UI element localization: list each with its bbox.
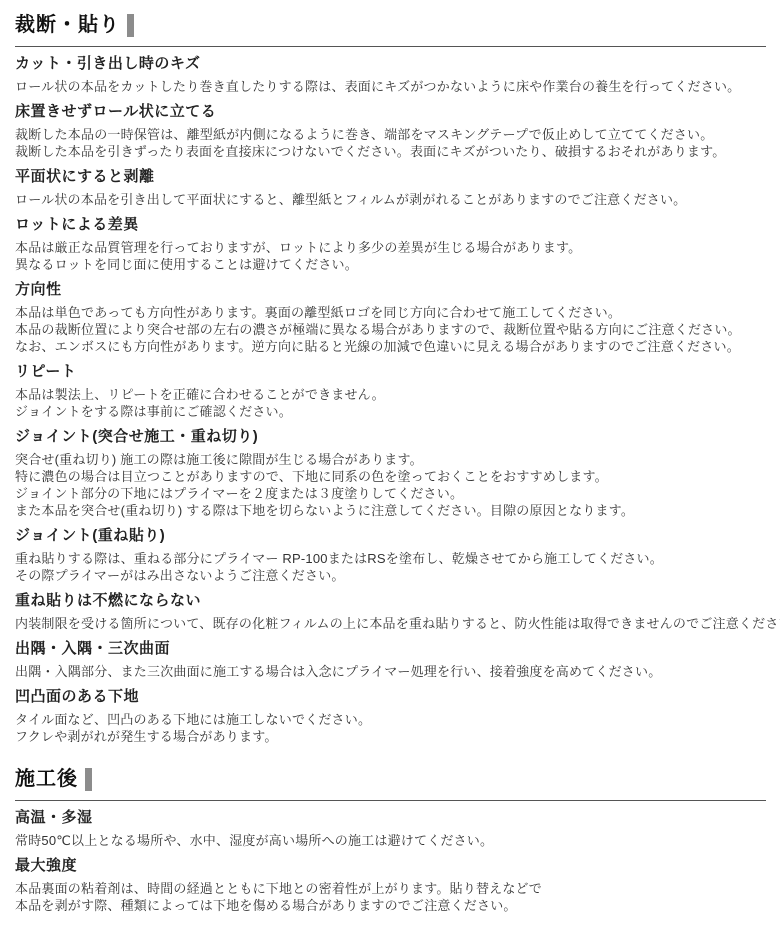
topic-paragraph-line: 異なるロットを同じ面に使用することは避けてください。 — [15, 256, 766, 273]
topic-paragraph-line: その際プライマーがはみ出さないようご注意ください。 — [15, 567, 766, 584]
topic-paragraph-line: 重ね貼りする際は、重ねる部分にプライマー RP-100またはRSを塗布し、乾燥さ… — [15, 550, 766, 567]
topic-paragraph-line: 常時50℃以上となる場所や、水中、湿度が高い場所への施工は避けてください。 — [15, 832, 766, 849]
topic-heading: 凹凸面のある下地 — [15, 689, 766, 705]
topic-paragraph-line: 内装制限を受ける箇所について、既存の化粧フィルムの上に本品を重ね貼りすると、防火… — [15, 615, 766, 632]
section-title-row-after-construction: 施工後 — [15, 767, 766, 801]
topic-paragraph-line: ジョイントをする際は事前にご確認ください。 — [15, 403, 766, 420]
instruction-document: 裁断・貼りカット・引き出し時のキズロール状の本品をカットしたり巻き直したりする際… — [0, 0, 780, 924]
topic: 高温・多湿常時50℃以上となる場所や、水中、湿度が高い場所への施工は避けてくださ… — [15, 810, 766, 849]
topic: 出隅・入隅・三次曲面出隅・入隅部分、また三次曲面に施工する場合は入念にプライマー… — [15, 641, 766, 680]
topic-heading: ロットによる差異 — [15, 217, 766, 233]
topic-paragraph-line: フクレや剥がれが発生する場合があります。 — [15, 728, 766, 745]
topic-paragraph-line: 裁断した本品の一時保管は、離型紙が内側になるように巻き、端部をマスキングテープで… — [15, 126, 766, 143]
topic-paragraph-line: 本品の裁断位置により突合せ部の左右の濃さが極端に異なる場合がありますので、裁断位… — [15, 321, 766, 338]
topic-paragraph-line: 本品裏面の粘着剤は、時間の経過とともに下地との密着性が上がります。貼り替えなどで — [15, 880, 766, 897]
topic: ロットによる差異本品は厳正な品質管理を行っておりますが、ロットにより多少の差異が… — [15, 217, 766, 273]
topic-paragraph-line: 出隅・入隅部分、また三次曲面に施工する場合は入念にプライマー処理を行い、接着強度… — [15, 663, 766, 680]
section-title-bar-icon — [127, 14, 134, 37]
topic-heading: カット・引き出し時のキズ — [15, 56, 766, 72]
topic: 最大強度本品裏面の粘着剤は、時間の経過とともに下地との密着性が上がります。貼り替… — [15, 858, 766, 914]
topic-paragraph-line: 特に濃色の場合は目立つことがありますので、下地に同系の色を塗っておくことをおすす… — [15, 468, 766, 485]
topic-paragraph-line: なお、エンボスにも方向性があります。逆方向に貼ると光線の加減で色違いに見える場合… — [15, 338, 766, 355]
topic-heading: リピート — [15, 364, 766, 380]
topic-heading: 重ね貼りは不燃にならない — [15, 593, 766, 609]
topic-heading: 出隅・入隅・三次曲面 — [15, 641, 766, 657]
topic-heading: 高温・多湿 — [15, 810, 766, 826]
topic-heading: ジョイント(重ね貼り) — [15, 528, 766, 544]
section-title-row-cutting-pasting: 裁断・貼り — [15, 13, 766, 47]
topic-heading: 方向性 — [15, 282, 766, 298]
topic-heading: 床置きせずロール状に立てる — [15, 104, 766, 120]
topic: ジョイント(突合せ施工・重ね切り)突合せ(重ね切り) 施工の際は施工後に隙間が生… — [15, 429, 766, 519]
topic-heading: ジョイント(突合せ施工・重ね切り) — [15, 429, 766, 445]
topic-paragraph-line: 本品は製法上、リピートを正確に合わせることができません。 — [15, 386, 766, 403]
topic-paragraph-line: ロール状の本品をカットしたり巻き直したりする際は、表面にキズがつかないように床や… — [15, 78, 766, 95]
topic-heading: 平面状にすると剥離 — [15, 169, 766, 185]
topic-paragraph-line: 裁断した本品を引きずったり表面を直接床につけないでください。表面にキズがついたり… — [15, 143, 766, 160]
topic: 平面状にすると剥離ロール状の本品を引き出して平面状にすると、離型紙とフィルムが剥… — [15, 169, 766, 208]
section-title-after-construction: 施工後 — [15, 767, 78, 791]
topic-paragraph-line: 本品を剥がす際、種類によっては下地を傷める場合がありますのでご注意ください。 — [15, 897, 766, 914]
topic: 凹凸面のある下地タイル面など、凹凸のある下地には施工しないでください。フクレや剥… — [15, 689, 766, 745]
section-after-construction: 施工後高温・多湿常時50℃以上となる場所や、水中、湿度が高い場所への施工は避けて… — [15, 767, 766, 914]
section-cutting-pasting: 裁断・貼りカット・引き出し時のキズロール状の本品をカットしたり巻き直したりする際… — [15, 13, 766, 745]
topic: 重ね貼りは不燃にならない内装制限を受ける箇所について、既存の化粧フィルムの上に本… — [15, 593, 766, 632]
topic-paragraph-line: タイル面など、凹凸のある下地には施工しないでください。 — [15, 711, 766, 728]
topic: リピート本品は製法上、リピートを正確に合わせることができません。ジョイントをする… — [15, 364, 766, 420]
topic-paragraph-line: 本品は単色であっても方向性があります。裏面の離型紙ロゴを同じ方向に合わせて施工し… — [15, 304, 766, 321]
topic: 方向性本品は単色であっても方向性があります。裏面の離型紙ロゴを同じ方向に合わせて… — [15, 282, 766, 355]
section-title-cutting-pasting: 裁断・貼り — [15, 13, 120, 37]
topic: 床置きせずロール状に立てる裁断した本品の一時保管は、離型紙が内側になるように巻き… — [15, 104, 766, 160]
topic-heading: 最大強度 — [15, 858, 766, 874]
topic: カット・引き出し時のキズロール状の本品をカットしたり巻き直したりする際は、表面に… — [15, 56, 766, 95]
topic: ジョイント(重ね貼り)重ね貼りする際は、重ねる部分にプライマー RP-100また… — [15, 528, 766, 584]
topic-paragraph-line: ジョイント部分の下地にはプライマーを２度または３度塗りしてください。 — [15, 485, 766, 502]
section-title-bar-icon — [85, 768, 92, 791]
topic-paragraph-line: 本品は厳正な品質管理を行っておりますが、ロットにより多少の差異が生じる場合があり… — [15, 239, 766, 256]
topic-paragraph-line: ロール状の本品を引き出して平面状にすると、離型紙とフィルムが剥がれることがありま… — [15, 191, 766, 208]
topic-paragraph-line: また本品を突合せ(重ね切り) する際は下地を切らないように注意してください。目隙… — [15, 502, 766, 519]
topic-paragraph-line: 突合せ(重ね切り) 施工の際は施工後に隙間が生じる場合があります。 — [15, 451, 766, 468]
